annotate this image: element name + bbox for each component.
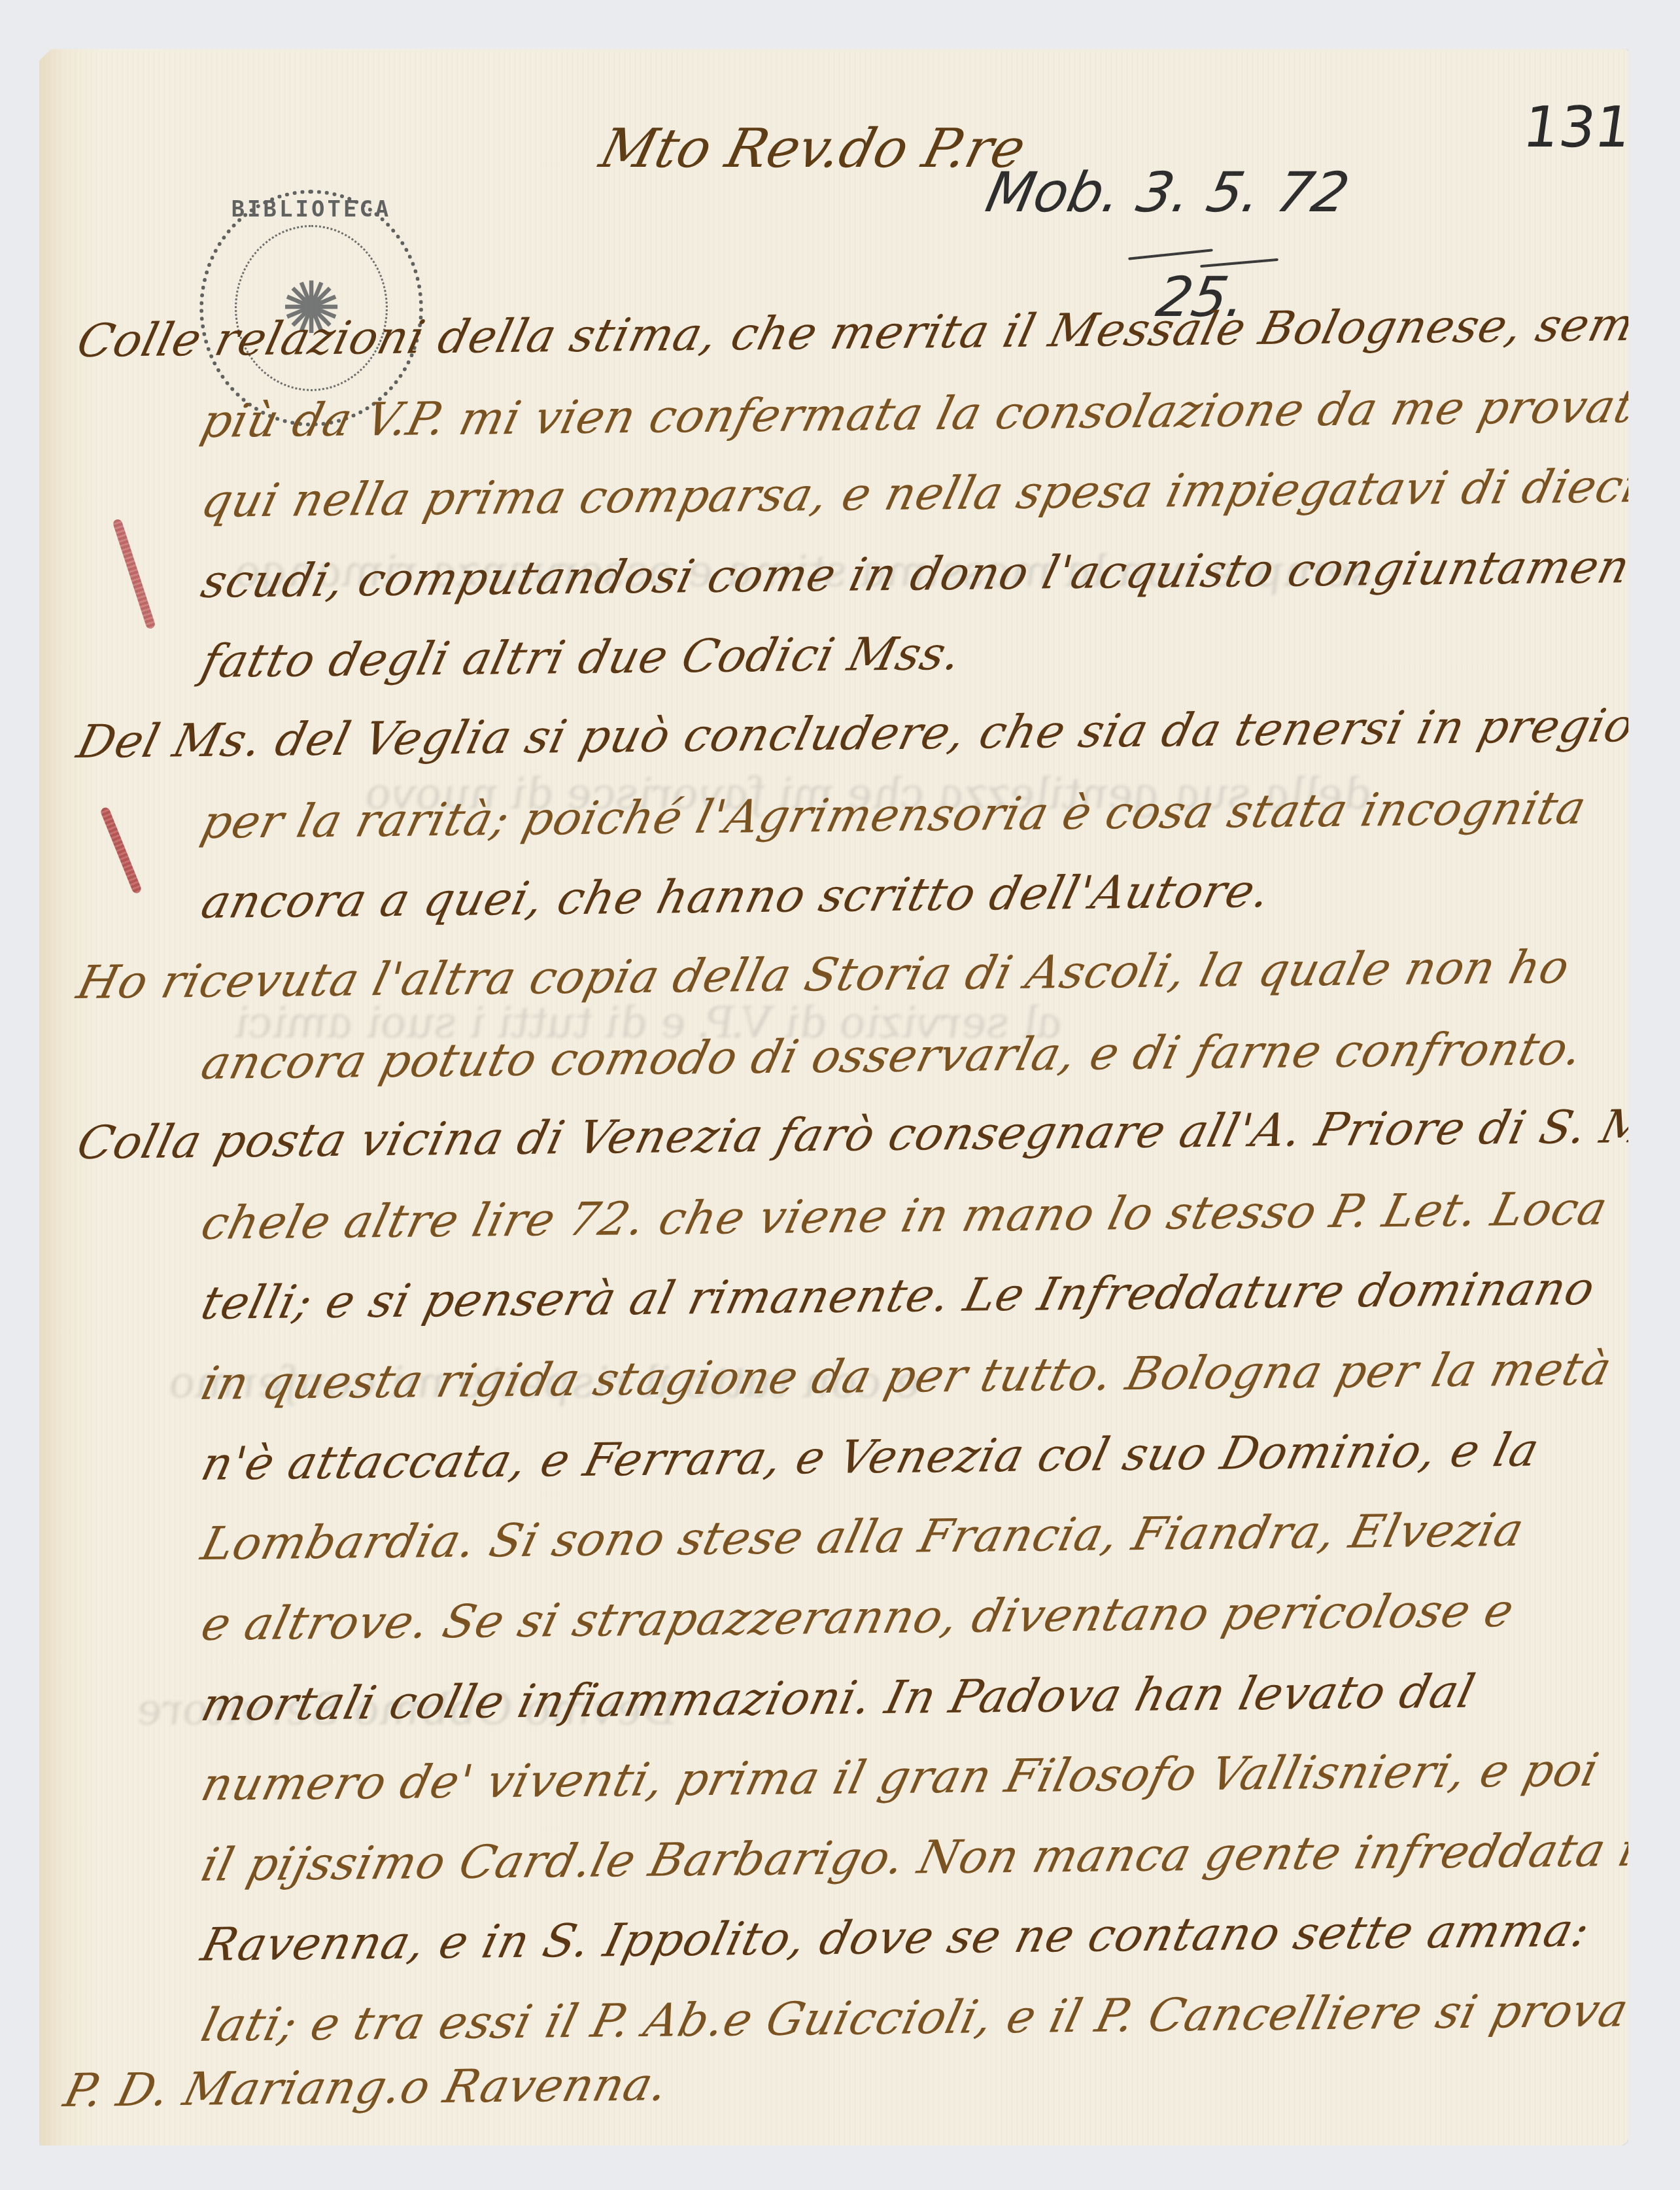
letter-line: qui nella prima comparsa, e nella spesa … — [196, 459, 1645, 528]
letter-line: mortali colle infiammazioni. In Padova h… — [196, 1665, 1480, 1731]
salutation: Mto Rev.do P.re — [594, 118, 1031, 180]
letter-line: chele altre lire 72. che viene in mano l… — [196, 1182, 1613, 1250]
letter-line: Lombardia. Si sono stese alla Francia, F… — [196, 1503, 1529, 1571]
shelfmark: Mob. 3. 5. 72 — [981, 160, 1355, 224]
manuscript-page: sempre con la massima stima e osservanza… — [39, 49, 1628, 2146]
shelfmark-rule — [1128, 249, 1213, 260]
letter-line: numero de' viventi, prima il gran Filoso… — [196, 1743, 1604, 1811]
letter-line: Colla posta vicina di Venezia farò conse… — [72, 1099, 1680, 1170]
letter-line: Ho ricevuta l'altra copia della Storia d… — [72, 940, 1575, 1009]
letter-line: più da V.P. mi vien confermata la consol… — [196, 379, 1668, 448]
letter-line: ancora a quei, che hanno scritto dell'Au… — [196, 864, 1276, 929]
stamp-text: BIBLIOTECA — [203, 196, 419, 222]
library-stamp: BIBLIOTECA ✺ — [199, 190, 423, 426]
folio-number: 131 — [1519, 95, 1636, 160]
letter-line: in questa rigida stagione da per tutto. … — [196, 1342, 1617, 1410]
letter-line: il pijssimo Card.le Barbarigo. Non manca… — [196, 1823, 1672, 1892]
letter-line: lati; e tra essi il P. Ab.e Guiccioli, e… — [196, 1983, 1634, 2052]
letter-line: Del Ms. del Veglia si può concludere, ch… — [72, 699, 1639, 769]
letter-line: Ravenna, e in S. Ippolito, dove se ne co… — [196, 1903, 1595, 1972]
red-pencil-mark — [112, 518, 156, 630]
closing-addressee: P. D. Mariang.o Ravenna. — [59, 2057, 674, 2117]
letter-line: n'è attaccata, e Ferrara, e Venezia col … — [196, 1423, 1545, 1491]
letter-line: e altrove. Se si strapazzeranno, diventa… — [196, 1584, 1519, 1651]
letter-line: fatto degli altri due Codici Mss. — [196, 627, 967, 688]
red-pencil-mark — [99, 806, 142, 894]
letter-line: telli; e si penserà al rimanente. Le Inf… — [196, 1262, 1600, 1330]
